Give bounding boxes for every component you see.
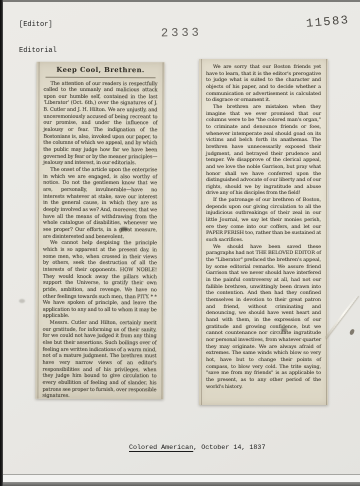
ink-smudge [281, 328, 287, 332]
light-speck [19, 299, 25, 303]
caption-source-title: Colored American [129, 444, 193, 452]
article-paragraph: We should have been saved these paragrap… [206, 244, 321, 390]
dark-speck [349, 329, 355, 336]
article-paragraph: The onset of the article upon the enterp… [43, 167, 157, 241]
ink-smudge [120, 227, 128, 231]
catalog-number-stamp: 11583 [305, 13, 350, 31]
article-paragraph: The brethren are mistaken when they imag… [206, 104, 321, 197]
annotation-line-1: [Editor] [19, 21, 57, 30]
scanned-archive-page: [Editor] Editorial 2333 11583 Keep Cool,… [0, 0, 360, 486]
scan-bottom-margin [0, 475, 360, 482]
article-paragraph: If the patronage of our brethren of Bost… [206, 197, 321, 244]
newspaper-clipping-right-column: We are sorry that our Boston friends yet… [199, 59, 328, 405]
article-paragraph: Messrs. Cutler and Hilton, certainly mer… [42, 320, 156, 399]
newspaper-clipping-left-column: Keep Cool, Brethren. The attention of ou… [35, 62, 164, 399]
scan-edge-bottom [0, 482, 360, 486]
scan-edge-left [0, 0, 3, 486]
page-number-stamp: 2333 [161, 26, 202, 41]
scan-edge-top [0, 0, 360, 2]
annotation-line-2: Editorial [19, 47, 57, 56]
article-paragraph: The attention of our readers is respectf… [43, 80, 157, 167]
scan-artifact-line [0, 474, 360, 475]
typed-annotation: [Editor] Editorial [19, 4, 57, 72]
source-caption: Colored American, October 14, 1837 [129, 444, 265, 452]
caption-date: , October 14, 1837 [193, 444, 265, 452]
article-headline: Keep Cool, Brethren. [44, 65, 158, 77]
article-paragraph: We are sorry that our Boston friends yet… [206, 64, 321, 104]
headline-rule [46, 76, 156, 77]
article-paragraph: We cannot help despising the principle w… [43, 240, 157, 320]
